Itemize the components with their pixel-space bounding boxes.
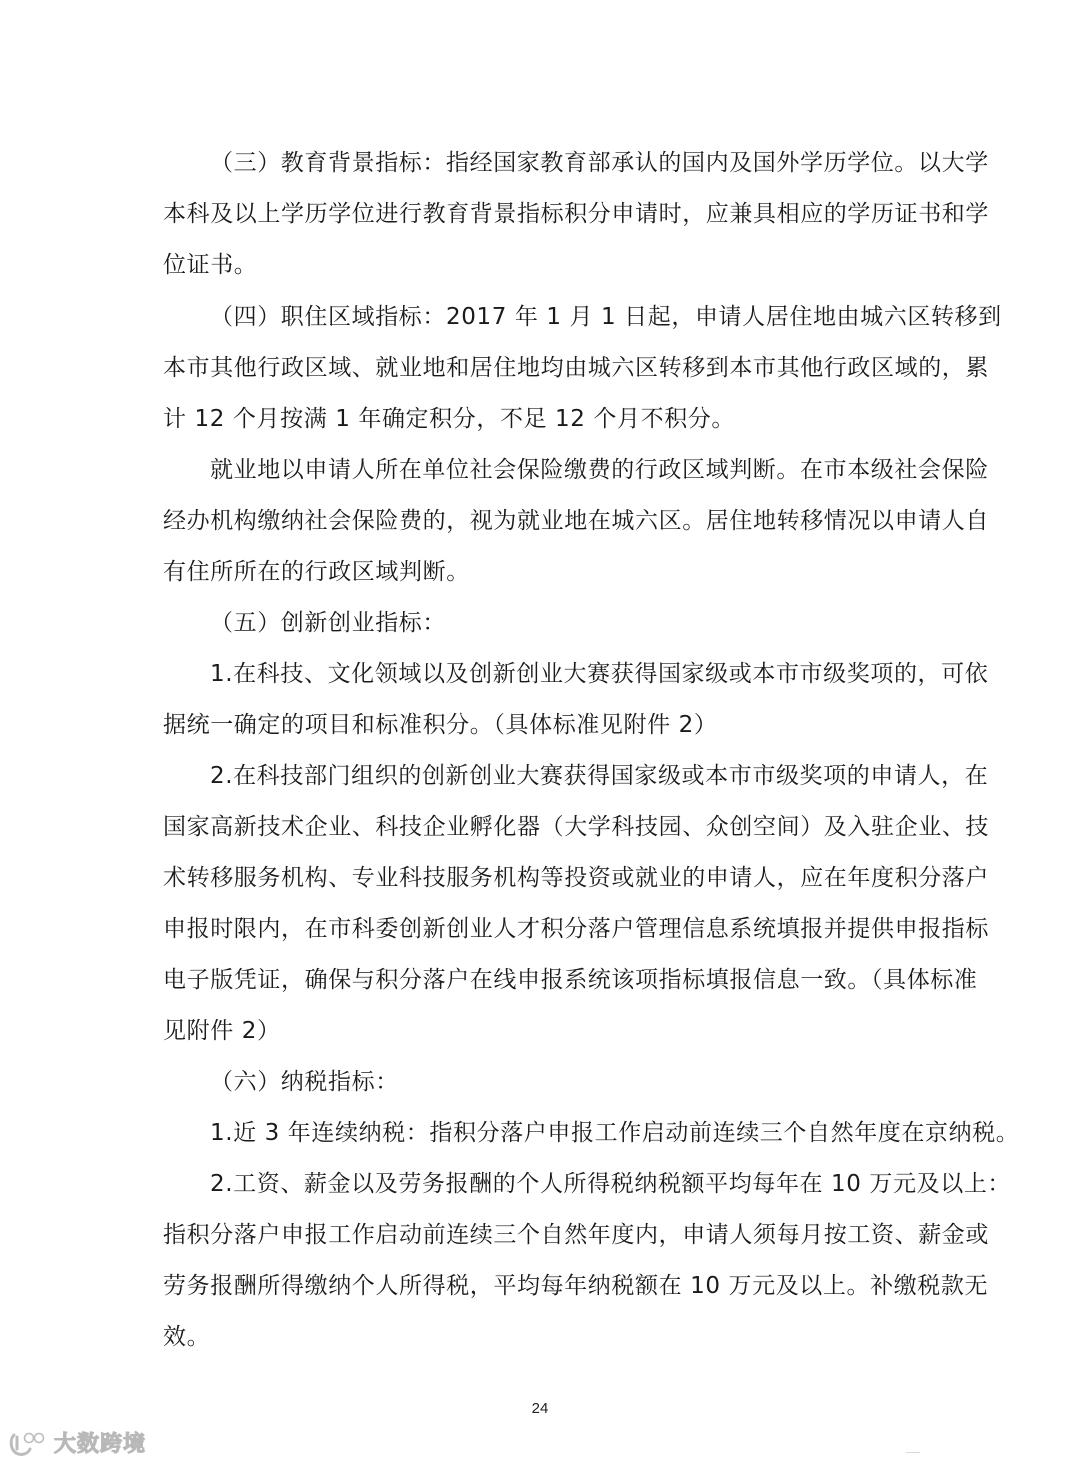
text-line: 本科及以上学历学位进行教育背景指标积分申请时，应兼具相应的学历证书和学 xyxy=(163,199,989,229)
text-line-item-5-2: 2.在科技部门组织的创新创业大赛获得国家级或本市市级奖项的申请人，在 xyxy=(210,761,988,791)
text-line: 见附件 2） xyxy=(163,1016,281,1046)
text-line: 劳务报酬所得缴纳个人所得税，平均每年纳税额在 10 万元及以上。补缴税款无 xyxy=(163,1271,988,1301)
corner-mark xyxy=(906,1452,920,1457)
page-number: 24 xyxy=(0,1400,1080,1417)
text-line: 计 12 个月按满 1 年确定积分，不足 12 个月不积分。 xyxy=(163,404,735,434)
text-line-section-6-heading: （六）纳税指标： xyxy=(210,1067,399,1097)
text-line: 有住所所在的行政区域判断。 xyxy=(163,557,470,587)
text-line: 申报时限内，在市科委创新创业人才积分落户管理信息系统填报并提供申报指标 xyxy=(163,914,989,944)
text-line-item-6-2: 2.工资、薪金以及劳务报酬的个人所得税纳税额平均每年在 10 万元及以上： xyxy=(210,1169,1011,1199)
text-line-item-6-1: 1.近 3 年连续纳税：指积分落户申报工作启动前连续三个自然年度在京纳税。 xyxy=(210,1118,1019,1148)
text-line-paragraph-start: 就业地以申请人所在单位社会保险缴费的行政区域判断。在市本级社会保险 xyxy=(210,455,989,485)
text-line-section-4-heading: （四）职住区域指标：2017 年 1 月 1 日起，申请人居住地由城六区转移到 xyxy=(210,302,1002,332)
watermark: 大数跨境 xyxy=(8,1427,146,1458)
text-line-section-3-heading: （三）教育背景指标：指经国家教育部承认的国内及国外学历学位。以大学 xyxy=(210,148,989,178)
watermark-text: 大数跨境 xyxy=(54,1427,146,1458)
text-line-section-5-heading: （五）创新创业指标： xyxy=(210,608,446,638)
text-line: 本市其他行政区域、就业地和居住地均由城六区转移到本市其他行政区域的，累 xyxy=(163,353,989,383)
text-line: 位证书。 xyxy=(163,250,257,280)
text-line-item-5-1: 1.在科技、文化领域以及创新创业大赛获得国家级或本市市级奖项的，可依 xyxy=(210,659,988,689)
text-line: 指积分落户申报工作启动前连续三个自然年度内，申请人须每月按工资、薪金或 xyxy=(163,1220,989,1250)
text-line: 据统一确定的项目和标准积分。（具体标准见附件 2） xyxy=(163,710,717,740)
weibo-eyes-logo-icon xyxy=(8,1429,48,1457)
text-line: 经办机构缴纳社会保险费的，视为就业地在城六区。居住地转移情况以申请人自 xyxy=(163,506,989,536)
text-line: 术转移服务机构、专业科技服务机构等投资或就业的申请人，应在年度积分落户 xyxy=(163,863,989,893)
text-line: 电子版凭证，确保与积分落户在线申报系统该项指标填报信息一致。（具体标准 xyxy=(163,965,978,995)
text-line: 效。 xyxy=(163,1322,210,1352)
text-line: 国家高新技术企业、科技企业孵化器（大学科技园、众创空间）及入驻企业、技 xyxy=(163,812,989,842)
